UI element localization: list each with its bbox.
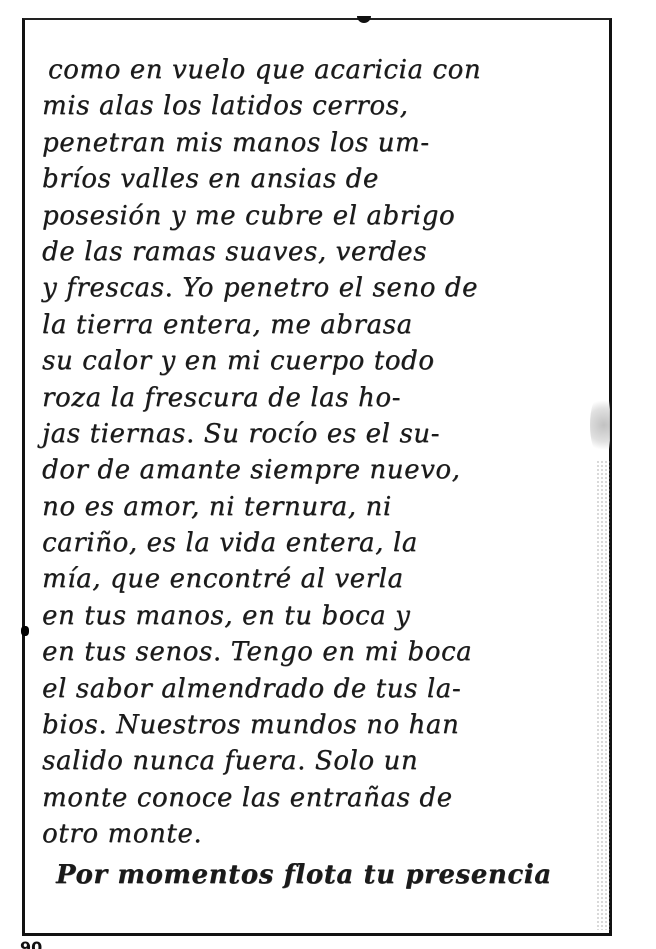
text-line-11: jas tiernas. Su rocío es el su- xyxy=(42,416,602,452)
text-line-15: mía, que encontré al verla xyxy=(42,561,602,597)
text-line-13: no es amor, ni ternura, ni xyxy=(42,489,602,525)
text-line-9: su calor y en mi cuerpo todo xyxy=(42,343,602,379)
text-line-4: bríos valles en ansias de xyxy=(42,161,602,197)
thumb-smudge-mark xyxy=(590,395,610,455)
text-line-20: salido nunca fuera. Solo un xyxy=(42,743,602,779)
text-line-12: dor de amante siempre nuevo, xyxy=(42,452,602,488)
text-line-14: cariño, es la vida entera, la xyxy=(42,525,602,561)
text-line-8: la tierra entera, me abrasa xyxy=(42,307,602,343)
text-line-7: y frescas. Yo penetro el seno de xyxy=(42,270,602,306)
scan-noise-speckle xyxy=(596,460,610,930)
text-line-1: como en vuelo que acaricia con xyxy=(42,52,602,88)
text-line-17: en tus senos. Tengo en mi boca xyxy=(42,634,602,670)
handwritten-text-block: como en vuelo que acaricia con mis alas … xyxy=(42,52,602,893)
text-line-19: bios. Nuestros mundos no han xyxy=(42,707,602,743)
ink-blot-mark xyxy=(21,626,29,636)
text-line-21: monte conoce las entrañas de xyxy=(42,780,602,816)
text-line-3: penetran mis manos los um- xyxy=(42,125,602,161)
text-line-16: en tus manos, en tu boca y xyxy=(42,598,602,634)
text-line-18: el sabor almendrado de tus la- xyxy=(42,671,602,707)
page-number: 90 xyxy=(20,940,42,949)
text-line-23: Por momentos flota tu presencia xyxy=(42,857,602,893)
text-line-10: roza la frescura de las ho- xyxy=(42,380,602,416)
text-line-6: de las ramas suaves, verdes xyxy=(42,234,602,270)
text-line-2: mis alas los latidos cerros, xyxy=(42,88,602,124)
text-line-5: posesión y me cubre el abrigo xyxy=(42,198,602,234)
text-line-22: otro monte. xyxy=(42,816,602,852)
